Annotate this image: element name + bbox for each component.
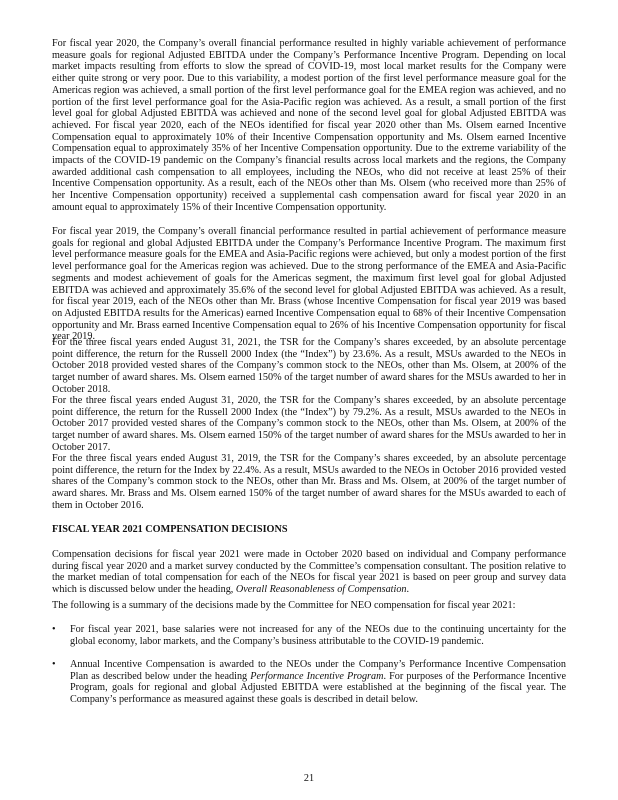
intro-italic-reference: Overall Reasonableness of Compensation bbox=[236, 584, 407, 595]
paragraph-tsr-2019: For the three fiscal years ended August … bbox=[52, 453, 566, 512]
bullet-icon: • bbox=[52, 624, 62, 636]
paragraph-fy2020-performance: For fiscal year 2020, the Company’s over… bbox=[52, 38, 566, 214]
bullet-text: For fiscal year 2021, base salaries were… bbox=[70, 624, 566, 647]
paragraph-compensation-intro: Compensation decisions for fiscal year 2… bbox=[52, 549, 566, 596]
page-number: 21 bbox=[0, 773, 618, 785]
intro-text-end: . bbox=[407, 584, 410, 595]
bullet-item-incentive-compensation: • Annual Incentive Compensation is award… bbox=[52, 659, 566, 695]
paragraph-summary-lead: The following is a summary of the decisi… bbox=[52, 600, 566, 612]
bullet-item-base-salaries: • For fiscal year 2021, base salaries we… bbox=[52, 624, 566, 648]
paragraph-fy2019-performance: For fiscal year 2019, the Company’s over… bbox=[52, 226, 566, 343]
bullet-text: Annual Incentive Compensation is awarded… bbox=[70, 659, 566, 706]
bullet-italic-reference: Performance Incentive Program bbox=[250, 671, 383, 682]
bullet-icon: • bbox=[52, 659, 62, 671]
section-heading: FISCAL YEAR 2021 COMPENSATION DECISIONS bbox=[52, 524, 566, 536]
document-page: For fiscal year 2020, the Company’s over… bbox=[0, 0, 618, 800]
paragraph-tsr-2021: For the three fiscal years ended August … bbox=[52, 337, 566, 396]
paragraph-tsr-2020: For the three fiscal years ended August … bbox=[52, 395, 566, 454]
